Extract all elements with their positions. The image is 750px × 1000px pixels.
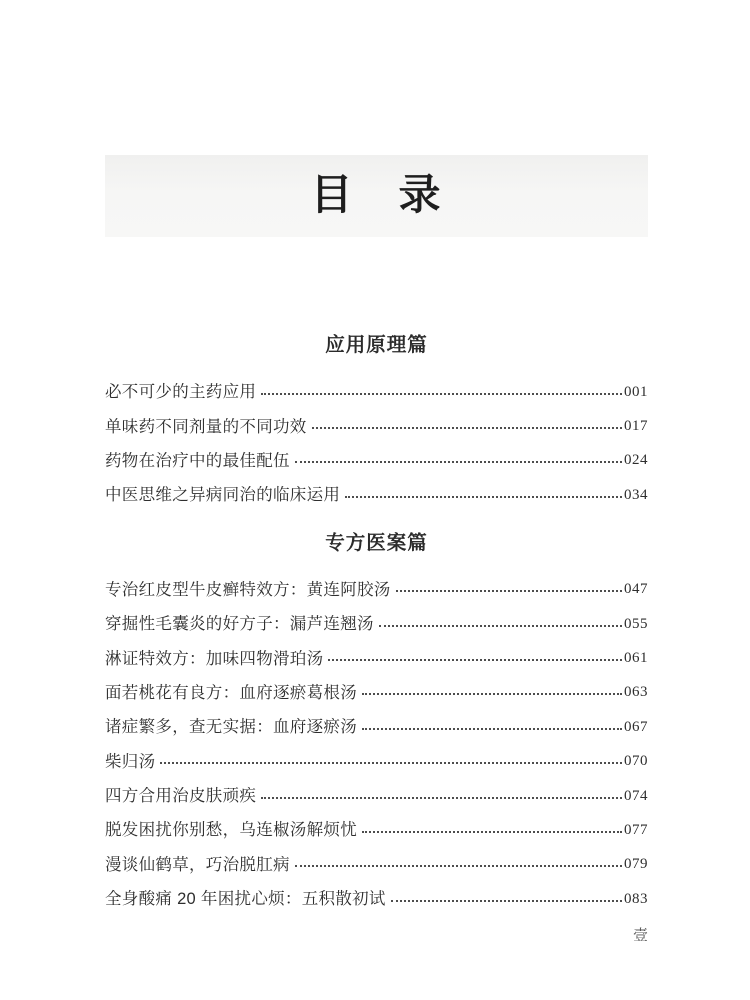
toc-entry-page: 017 [624, 418, 648, 435]
dotted-leader [362, 721, 622, 730]
toc-entry-label: 诸症繁多，查无实据：血府逐瘀汤 [105, 713, 357, 737]
toc-entry: 漫谈仙鹤草，巧治脱肛病 079 [105, 846, 648, 880]
toc-entry-label: 中医思维之异病同治的临床运用 [105, 481, 340, 505]
toc-entry-label: 漫谈仙鹤草，巧治脱肛病 [105, 851, 290, 875]
section-title: 应用原理篇 [105, 331, 648, 359]
dotted-leader [396, 583, 622, 592]
toc-entry-page: 079 [624, 856, 648, 873]
toc-section: 专方医案篇 专治红皮型牛皮癣特效方：黄连阿胶汤 047 穿掘性毛囊炎的好方子：漏… [105, 529, 648, 915]
toc-entry: 诸症繁多，查无实据：血府逐瘀汤 067 [105, 708, 648, 742]
toc-entry-label: 全身酸痛 20 年困扰心烦：五积散初试 [105, 885, 386, 909]
toc-entry-page: 083 [624, 891, 648, 908]
toc-entry: 柴归汤 070 [105, 743, 648, 777]
toc-section: 应用原理篇 必不可少的主药应用 001 单味药不同剂量的不同功效 017 药物在… [105, 331, 648, 511]
page-title: 目 录 [310, 175, 442, 217]
dotted-leader [295, 454, 622, 463]
toc-entry-label: 穿掘性毛囊炎的好方子：漏芦连翘汤 [105, 610, 374, 634]
toc-entry: 四方合用治皮肤顽疾 074 [105, 777, 648, 811]
toc-entry: 必不可少的主药应用 001 [105, 373, 648, 407]
dotted-leader [345, 489, 622, 498]
toc-entry-page: 055 [624, 616, 648, 633]
toc-entry-label: 四方合用治皮肤顽疾 [105, 782, 256, 806]
toc-entry: 中医思维之异病同治的临床运用 034 [105, 476, 648, 510]
toc-entry-label: 面若桃花有良方：血府逐瘀葛根汤 [105, 679, 357, 703]
toc-entry-label: 柴归汤 [105, 748, 155, 772]
toc-entry-page: 063 [624, 684, 648, 701]
toc-entry: 脱发困扰你别愁，乌连椒汤解烦忧 077 [105, 811, 648, 845]
dotted-leader [261, 386, 622, 395]
toc-header-bar: 目 录 [105, 155, 648, 237]
dotted-leader [362, 824, 622, 833]
section-entries: 必不可少的主药应用 001 单味药不同剂量的不同功效 017 药物在治疗中的最佳… [105, 373, 648, 511]
toc-entry-page: 061 [624, 650, 648, 667]
section-title: 专方医案篇 [105, 529, 648, 557]
dotted-leader [328, 652, 622, 661]
section-entries: 专治红皮型牛皮癣特效方：黄连阿胶汤 047 穿掘性毛囊炎的好方子：漏芦连翘汤 0… [105, 571, 648, 915]
toc-entry: 穿掘性毛囊炎的好方子：漏芦连翘汤 055 [105, 605, 648, 639]
toc-entry-page: 067 [624, 719, 648, 736]
toc-page: 目 录 应用原理篇 必不可少的主药应用 001 单味药不同剂量的不同功效 017… [0, 0, 750, 1000]
toc-entry-page: 001 [624, 384, 648, 401]
toc-entry-label: 药物在治疗中的最佳配伍 [105, 447, 290, 471]
footer-page-number: 壹 [633, 924, 648, 945]
toc-sections: 应用原理篇 必不可少的主药应用 001 单味药不同剂量的不同功效 017 药物在… [105, 331, 648, 914]
dotted-leader [312, 420, 622, 429]
toc-content: 目 录 应用原理篇 必不可少的主药应用 001 单味药不同剂量的不同功效 017… [105, 0, 648, 914]
dotted-leader [160, 755, 622, 764]
toc-entry-label: 专治红皮型牛皮癣特效方：黄连阿胶汤 [105, 576, 391, 600]
toc-entry-page: 070 [624, 753, 648, 770]
dotted-leader [295, 858, 622, 867]
toc-entry-page: 024 [624, 452, 648, 469]
toc-entry: 专治红皮型牛皮癣特效方：黄连阿胶汤 047 [105, 571, 648, 605]
toc-entry-label: 必不可少的主药应用 [105, 378, 256, 402]
dotted-leader [379, 618, 622, 627]
toc-entry-page: 034 [624, 487, 648, 504]
dotted-leader [261, 790, 622, 799]
toc-entry-label: 单味药不同剂量的不同功效 [105, 413, 307, 437]
dotted-leader [391, 893, 622, 902]
toc-entry-page: 077 [624, 822, 648, 839]
toc-entry: 淋证特效方：加味四物滑珀汤 061 [105, 639, 648, 673]
dotted-leader [362, 686, 622, 695]
toc-entry: 全身酸痛 20 年困扰心烦：五积散初试 083 [105, 880, 648, 914]
toc-entry: 面若桃花有良方：血府逐瘀葛根汤 063 [105, 674, 648, 708]
toc-entry: 药物在治疗中的最佳配伍 024 [105, 442, 648, 476]
toc-entry-page: 074 [624, 788, 648, 805]
toc-entry-label: 淋证特效方：加味四物滑珀汤 [105, 645, 323, 669]
toc-entry-page: 047 [624, 581, 648, 598]
toc-entry: 单味药不同剂量的不同功效 017 [105, 407, 648, 441]
toc-entry-label: 脱发困扰你别愁，乌连椒汤解烦忧 [105, 816, 357, 840]
